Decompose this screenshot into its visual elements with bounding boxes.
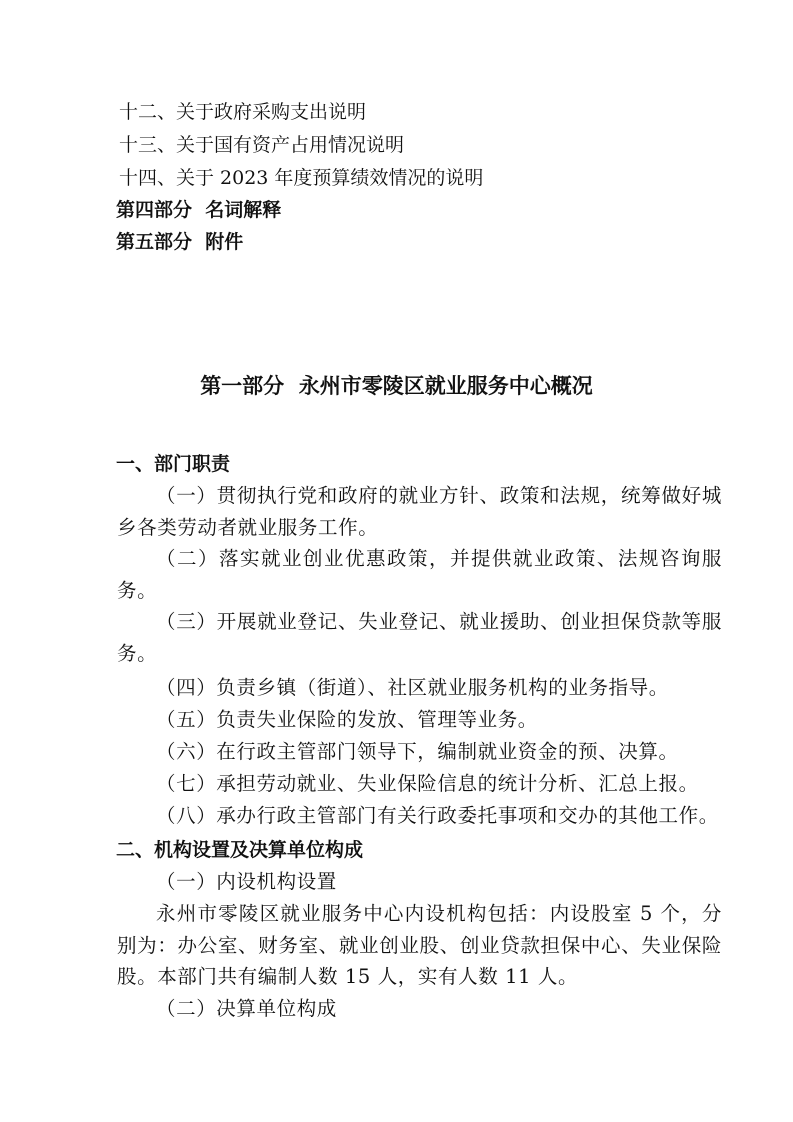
duty-7: （七）承担劳动就业、失业保险信息的统计分析、汇总上报。 — [117, 768, 722, 800]
heading-organization: 二、机构设置及决算单位构成 — [116, 838, 363, 862]
org-description: 永州市零陵区就业服务中心内设机构包括：内设股室 5 个，分别为：办公室、财务室、… — [117, 898, 722, 993]
section-title: 第一部分 永州市零陵区就业服务中心概况 — [0, 374, 793, 398]
heading-duties: 一、部门职责 — [116, 452, 230, 476]
duty-6: （六）在行政主管部门领导下，编制就业资金的预、决算。 — [117, 736, 722, 768]
subheading-internal-org: （一）内设机构设置 — [117, 866, 722, 898]
toc-part-4: 第四部分 名词解释 — [116, 198, 281, 222]
toc-item-14: 十四、关于 2023 年度预算绩效情况的说明 — [119, 166, 483, 190]
duty-3: （三）开展就业登记、失业登记、就业援助、创业担保贷款等服务。 — [117, 606, 722, 669]
toc-item-13: 十三、关于国有资产占用情况说明 — [119, 133, 404, 157]
subheading-budget-units: （二）决算单位构成 — [117, 993, 722, 1025]
toc-item-12: 十二、关于政府采购支出说明 — [119, 100, 366, 124]
duty-1: （一）贯彻执行党和政府的就业方针、政策和法规，统筹做好城乡各类劳动者就业服务工作… — [117, 480, 722, 543]
duty-8: （八）承办行政主管部门有关行政委托事项和交办的其他工作。 — [117, 800, 722, 832]
duty-4: （四）负责乡镇（街道）、社区就业服务机构的业务指导。 — [117, 672, 722, 704]
duty-5: （五）负责失业保险的发放、管理等业务。 — [117, 704, 722, 736]
toc-part-5: 第五部分 附件 — [116, 230, 243, 254]
duty-2: （二）落实就业创业优惠政策，并提供就业政策、法规咨询服务。 — [117, 543, 722, 606]
